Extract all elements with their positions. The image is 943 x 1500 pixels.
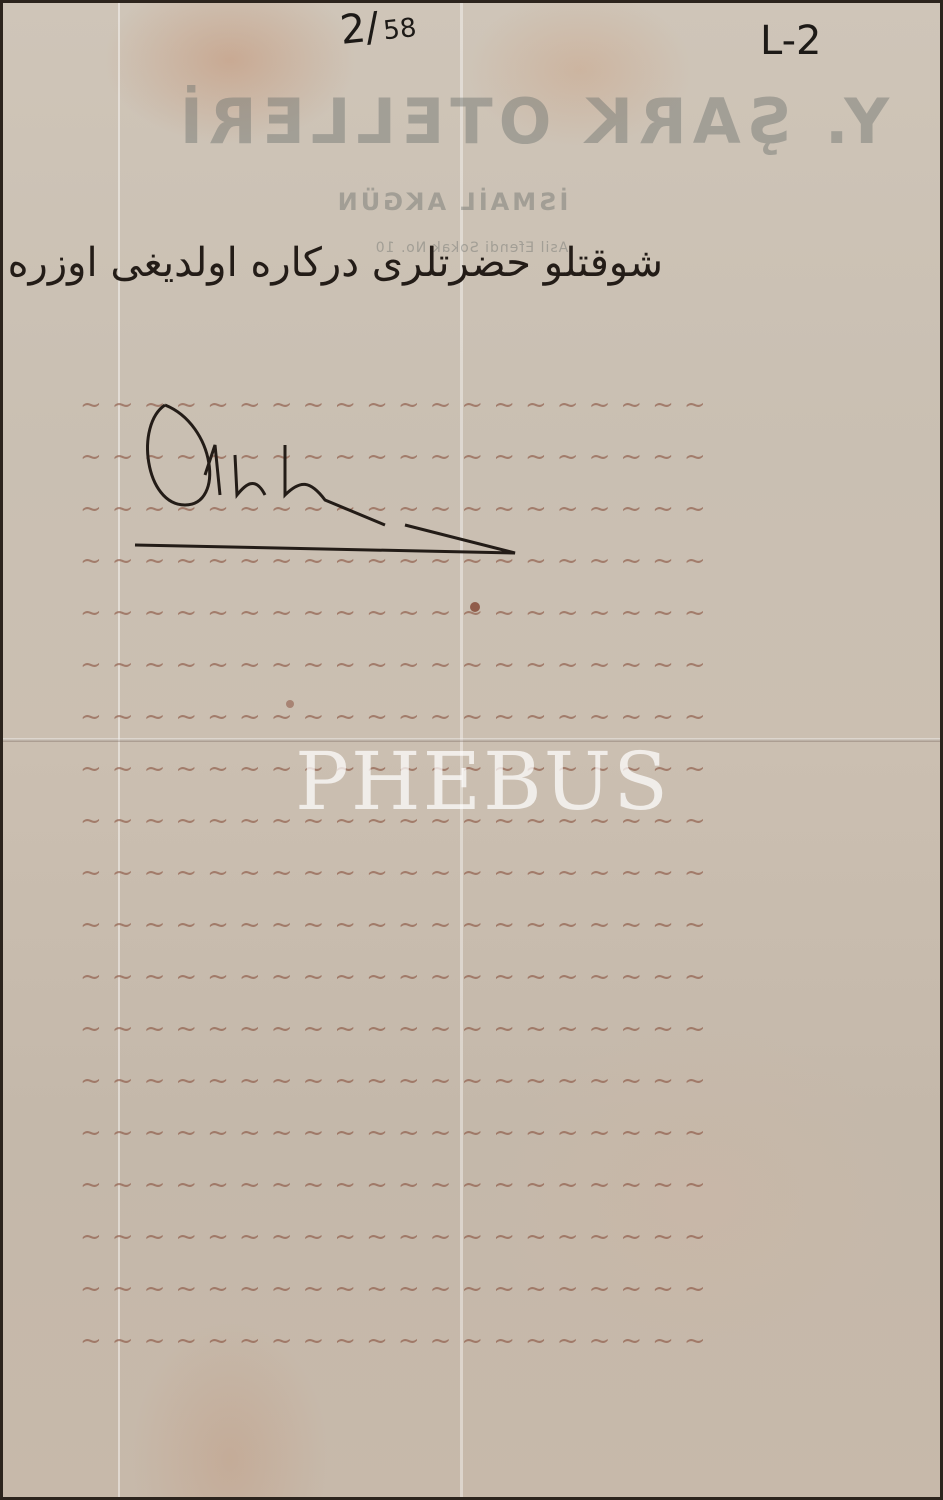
archive-mark-right: L-2 xyxy=(760,18,821,64)
letterhead-title-bleedthrough: Y. ŞARK OTELLERİ xyxy=(60,85,943,158)
signature-icon xyxy=(125,385,525,565)
body-line: ~~~~~~~~~~~~~~~~~~~~ xyxy=(80,598,910,650)
letterhead-subtitle-bleedthrough: İSMAİL AKGÜN xyxy=(0,188,923,216)
body-line: ~~~~~~~~~~~~~~~~~~~~ xyxy=(80,1066,910,1118)
ink-blot xyxy=(286,700,294,708)
phebus-watermark: PHEBUS xyxy=(295,735,670,828)
body-line: ~~~~~~~~~~~~~~~~~~~~ xyxy=(80,858,910,910)
body-line: ~~~~~~~~~~~~~~~~~~~~ xyxy=(80,1014,910,1066)
scanned-document: Y. ŞARK OTELLERİ İSMAİL AKGÜN Asil Efend… xyxy=(0,0,943,1500)
body-line: ~~~~~~~~~~~~~~~~~~~~ xyxy=(80,1274,910,1326)
body-line: ~~~~~~~~~~~~~~~~~~~~ xyxy=(80,1326,910,1378)
body-line: ~~~~~~~~~~~~~~~~~~~~ xyxy=(80,1222,910,1274)
archive-mark-left-sub: 58 xyxy=(382,13,418,46)
body-line: ~~~~~~~~~~~~~~~~~~~~ xyxy=(80,910,910,962)
body-line: ~~~~~~~~~~~~~~~~~~~~ xyxy=(80,1170,910,1222)
opening-line: شوقتلو حضرتلرى دركاره اولديغى اوزره xyxy=(8,240,663,286)
body-line: ~~~~~~~~~~~~~~~~~~~~ xyxy=(80,1118,910,1170)
archive-mark-left: 2/58 xyxy=(338,0,418,54)
body-line: ~~~~~~~~~~~~~~~~~~~~ xyxy=(80,650,910,702)
ink-blot xyxy=(470,602,480,612)
body-line: ~~~~~~~~~~~~~~~~~~~~ xyxy=(80,962,910,1014)
archive-mark-left-main: 2/ xyxy=(338,4,382,54)
